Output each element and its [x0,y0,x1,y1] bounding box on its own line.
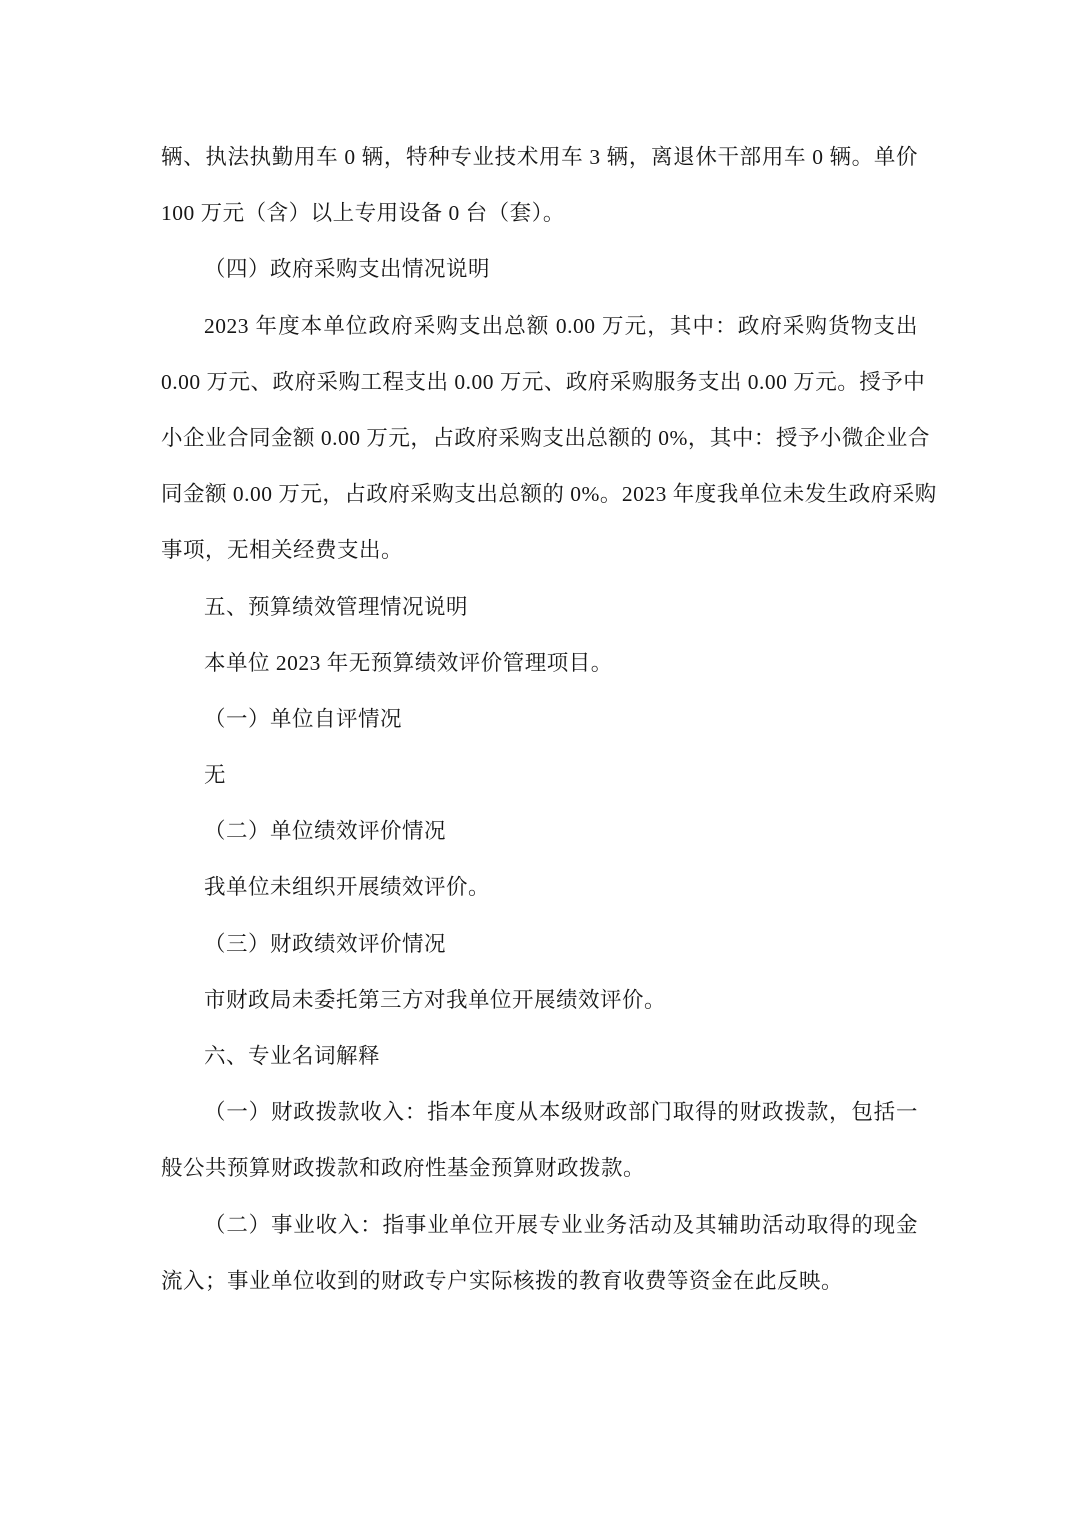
text-line: 我单位未组织开展绩效评价。 [161,859,918,915]
text-line: 市财政局未委托第三方对我单位开展绩效评价。 [161,972,918,1028]
section-heading: （二）单位绩效评价情况 [161,803,918,859]
text-line: 般公共预算财政拨款和政府性基金预算财政拨款。 [161,1140,918,1196]
text-line: 0.00 万元、政府采购工程支出 0.00 万元、政府采购服务支出 0.00 万… [161,354,918,410]
section-heading: （一）单位自评情况 [161,691,918,747]
text-line: 无 [161,747,918,803]
text-line: （一）财政拨款收入：指本年度从本级财政部门取得的财政拨款，包括一 [161,1084,918,1140]
text-line: 2023 年度本单位政府采购支出总额 0.00 万元，其中：政府采购货物支出 [161,298,918,354]
section-heading: 五、预算绩效管理情况说明 [161,579,918,635]
section-heading: 六、专业名词解释 [161,1028,918,1084]
section-heading: （四）政府采购支出情况说明 [161,241,918,297]
text-line: 本单位 2023 年无预算绩效评价管理项目。 [161,635,918,691]
text-line: 辆、执法执勤用车 0 辆，特种专业技术用车 3 辆，离退休干部用车 0 辆。单价 [161,129,918,185]
section-heading: （三）财政绩效评价情况 [161,916,918,972]
text-line: （二）事业收入：指事业单位开展专业业务活动及其辅助活动取得的现金 [161,1197,918,1253]
text-line: 100 万元（含）以上专用设备 0 台（套）。 [161,185,918,241]
text-line: 事项，无相关经费支出。 [161,522,918,578]
text-line: 小企业合同金额 0.00 万元，占政府采购支出总额的 0%，其中：授予小微企业合 [161,410,918,466]
text-line: 流入；事业单位收到的财政专户实际核拨的教育收费等资金在此反映。 [161,1253,918,1309]
text-line: 同金额 0.00 万元，占政府采购支出总额的 0%。2023 年度我单位未发生政… [161,466,918,522]
document-page: 辆、执法执勤用车 0 辆，特种专业技术用车 3 辆，离退休干部用车 0 辆。单价… [0,0,1074,1520]
